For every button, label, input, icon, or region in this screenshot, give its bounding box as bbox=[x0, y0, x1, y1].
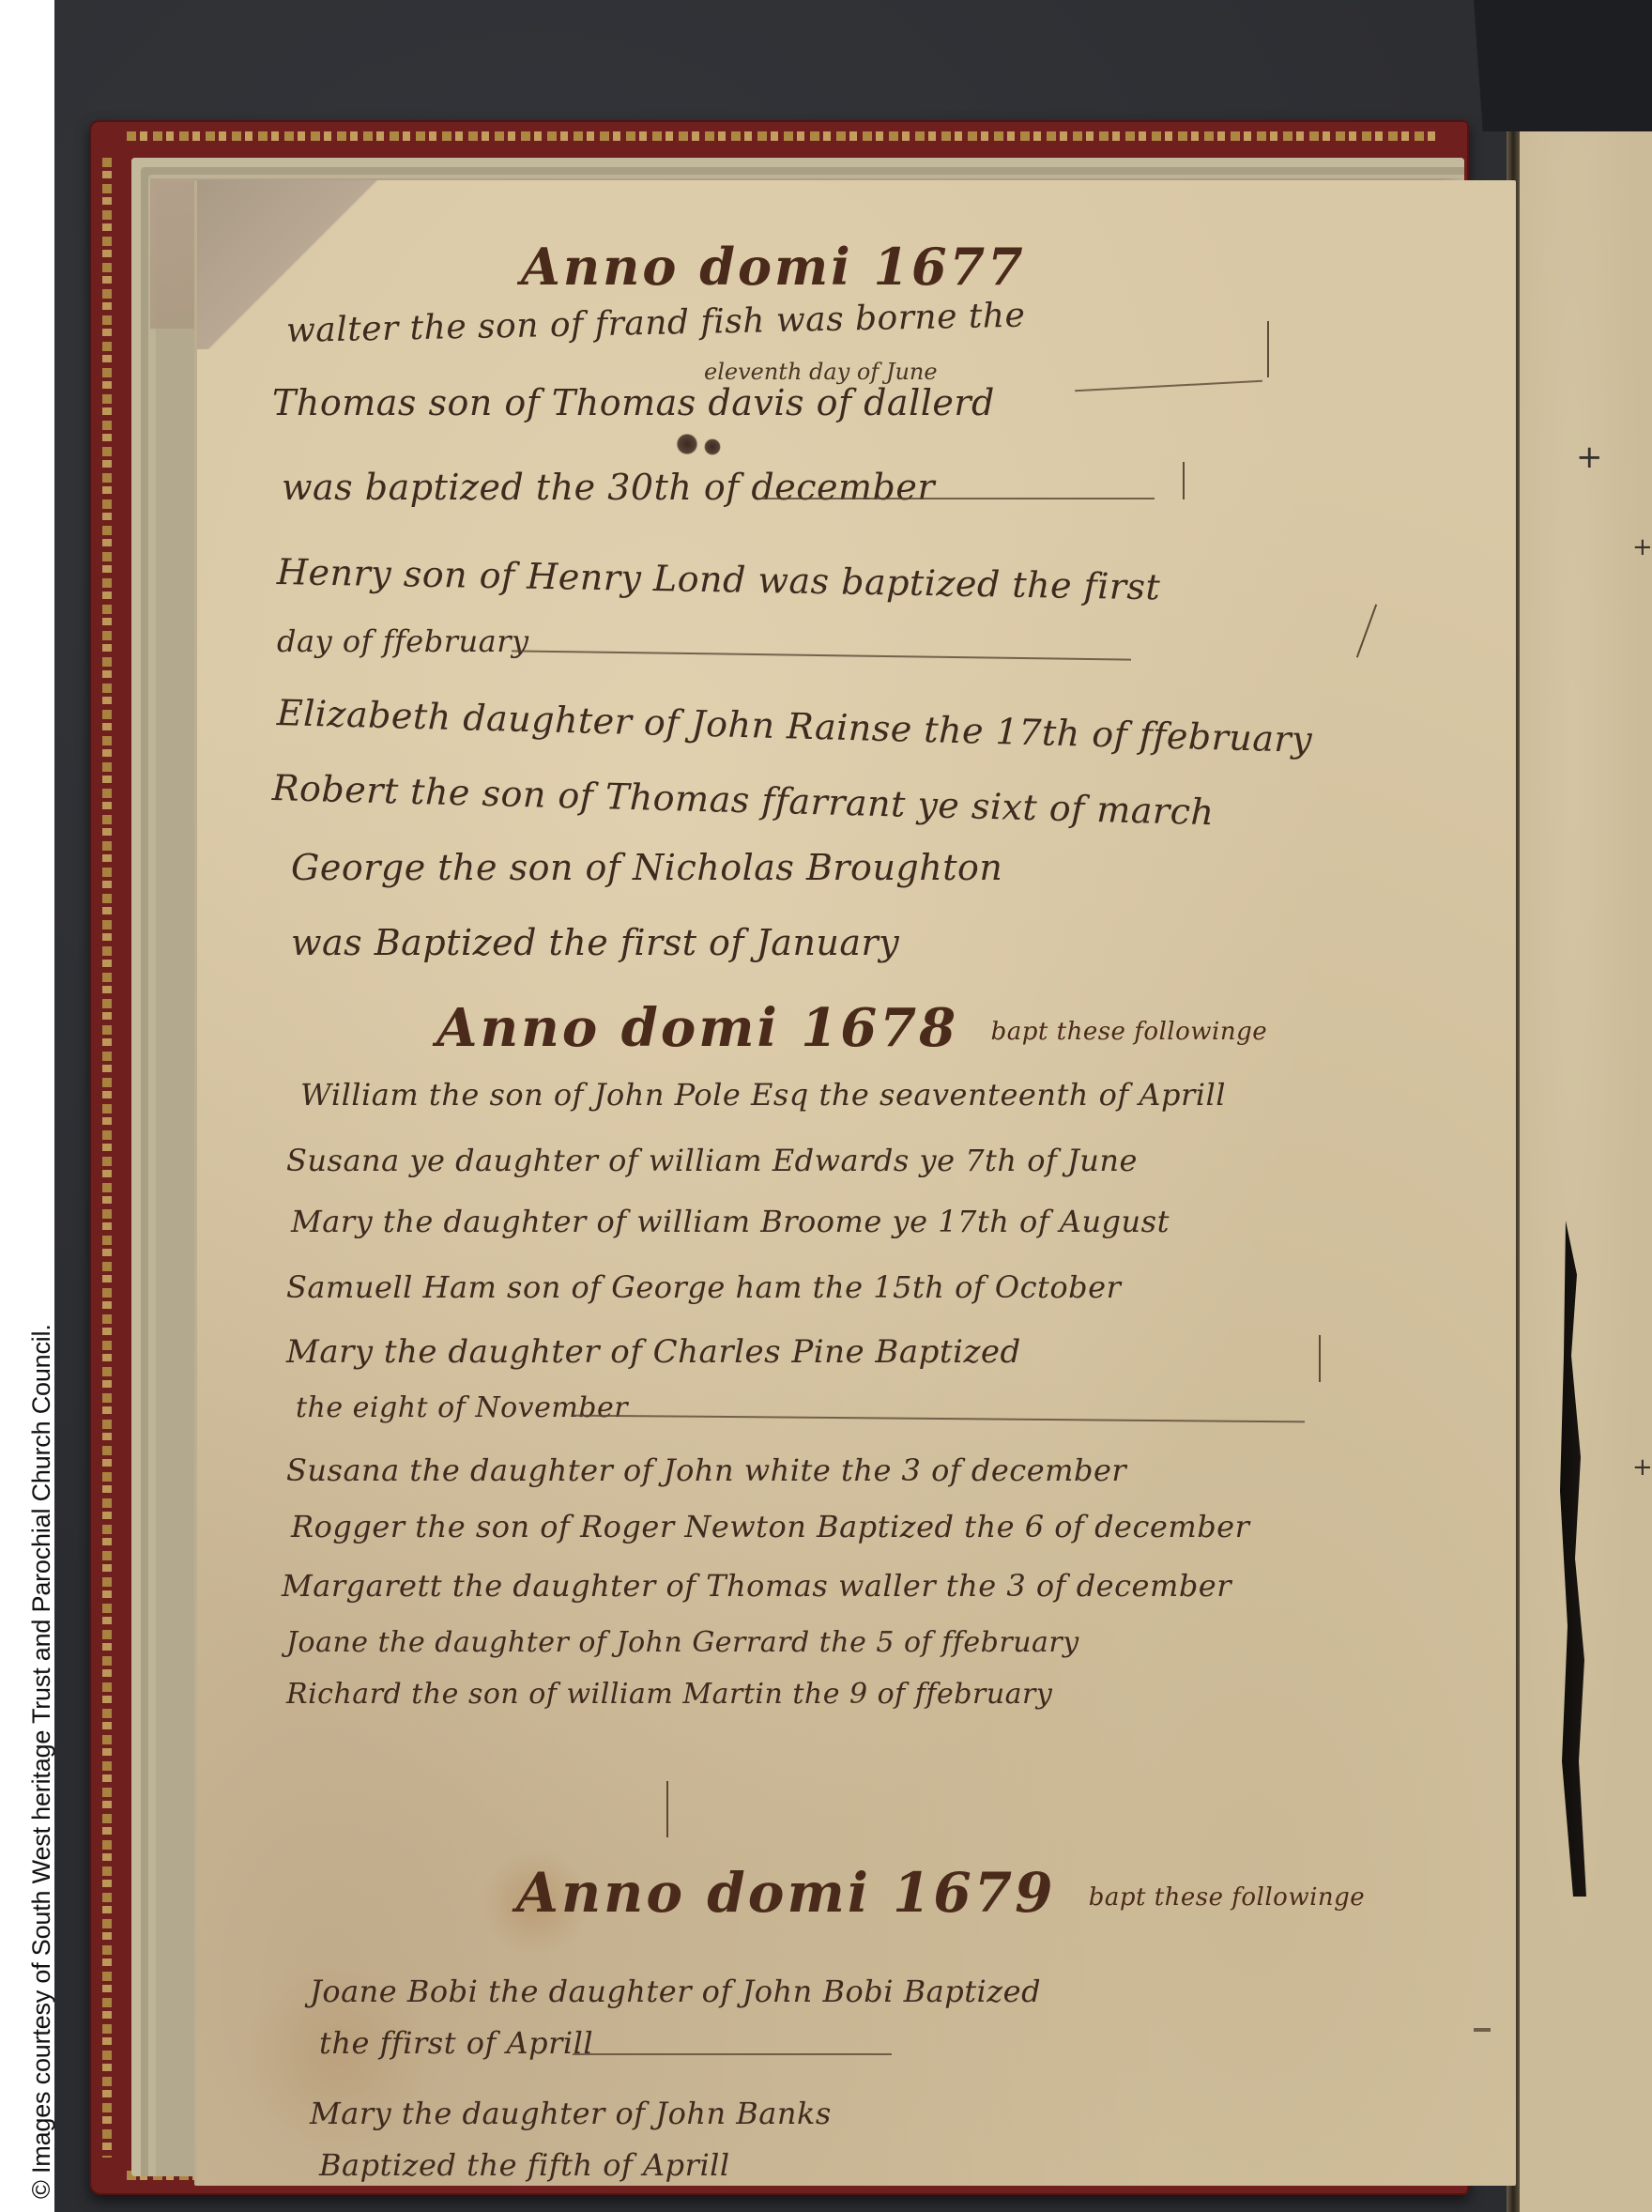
register-entry: the ffirst of Aprill bbox=[319, 2025, 593, 2061]
register-entry: Samuell Ham son of George ham the 15th o… bbox=[286, 1269, 1121, 1305]
line-rule bbox=[512, 650, 1131, 660]
gold-tooling-left bbox=[102, 158, 112, 2158]
bracket-mark bbox=[1319, 1335, 1321, 1382]
adjacent-right-page: + + + bbox=[1520, 131, 1652, 2212]
bracket-mark bbox=[1356, 604, 1377, 657]
register-entry: Joane the daughter of John Gerrard the 5… bbox=[286, 1626, 1079, 1659]
register-entry: was Baptized the first of January bbox=[291, 922, 899, 963]
register-entry: walter the son of frand fish was borne t… bbox=[286, 297, 1026, 350]
line-rule bbox=[573, 2053, 892, 2055]
register-entry: was baptized the 30th of december bbox=[282, 467, 935, 508]
register-entry: Mary the daughter of Charles Pine Baptiz… bbox=[286, 1333, 1021, 1371]
ink-blot bbox=[676, 434, 698, 454]
copyright-credit: © Images courtesy of South West heritage… bbox=[27, 1324, 56, 2199]
register-entry: Rogger the son of Roger Newton Baptized … bbox=[291, 1509, 1249, 1544]
register-entry: Elizabeth daughter of John Rainse the 17… bbox=[276, 692, 1312, 760]
gold-tooling-top bbox=[127, 131, 1441, 141]
cover-board-right bbox=[1474, 0, 1652, 131]
heading-note: bapt these followinge bbox=[1089, 1883, 1365, 1912]
line-rule bbox=[760, 498, 1155, 499]
register-entry: Susana the daughter of John white the 3 … bbox=[286, 1452, 1126, 1488]
section-heading-1678: Anno domi 1678 bapt these followinge bbox=[436, 997, 1267, 1059]
register-entry: Susana ye daughter of william Edwards ye… bbox=[286, 1143, 1138, 1178]
cross-mark-icon: + bbox=[1632, 535, 1652, 560]
register-entry: Henry son of Henry Lond was baptized the… bbox=[277, 551, 1161, 607]
credit-margin: © Images courtesy of South West heritage… bbox=[0, 0, 54, 2212]
bracket-mark bbox=[1183, 462, 1185, 499]
heading-text: Anno domi 1678 bbox=[436, 997, 958, 1059]
bracket-mark bbox=[1267, 321, 1269, 377]
heading-note: bapt these followinge bbox=[991, 1018, 1267, 1046]
register-entry: Robert the son of Thomas ffarrant ye six… bbox=[271, 767, 1215, 833]
register-entry: George the son of Nicholas Broughton bbox=[291, 847, 1002, 888]
heading-text: Anno domi 1679 bbox=[516, 1861, 1055, 1925]
register-entry: Richard the son of william Martin the 9 … bbox=[286, 1678, 1052, 1711]
cross-mark-icon: + bbox=[1576, 441, 1603, 473]
interline-note: eleventh day of June bbox=[704, 359, 938, 385]
register-entry: the eight of November bbox=[296, 1391, 628, 1424]
ink-blot bbox=[704, 438, 721, 455]
register-entry: day of ffebruary bbox=[277, 623, 529, 659]
register-entry: Margarett the daughter of Thomas waller … bbox=[282, 1568, 1231, 1604]
register-entry: Mary the daughter of John Banks bbox=[310, 2096, 832, 2131]
bracket-mark bbox=[666, 1781, 668, 1837]
register-entry: William the son of John Pole Esq the sea… bbox=[300, 1077, 1226, 1113]
register-entry: Joane Bobi the daughter of John Bobi Bap… bbox=[310, 1974, 1041, 2009]
cross-mark-icon: + bbox=[1632, 1455, 1652, 1480]
line-rule bbox=[1075, 380, 1262, 392]
section-heading-1677: Anno domi 1677 bbox=[521, 237, 1026, 297]
section-heading-1679: Anno domi 1679 bapt these followinge bbox=[516, 1861, 1365, 1925]
register-entry: Mary the daughter of william Broome ye 1… bbox=[291, 1204, 1170, 1239]
register-entry: Thomas son of Thomas davis of dallerd bbox=[272, 382, 995, 423]
line-rule bbox=[573, 1415, 1305, 1423]
register-entry: Baptized the fifth of Aprill bbox=[319, 2147, 730, 2183]
ink-dash bbox=[1474, 2028, 1491, 2032]
heading-text: Anno domi 1677 bbox=[521, 237, 1026, 297]
register-page: Anno domi 1677 walter the son of frand f… bbox=[197, 180, 1516, 2186]
